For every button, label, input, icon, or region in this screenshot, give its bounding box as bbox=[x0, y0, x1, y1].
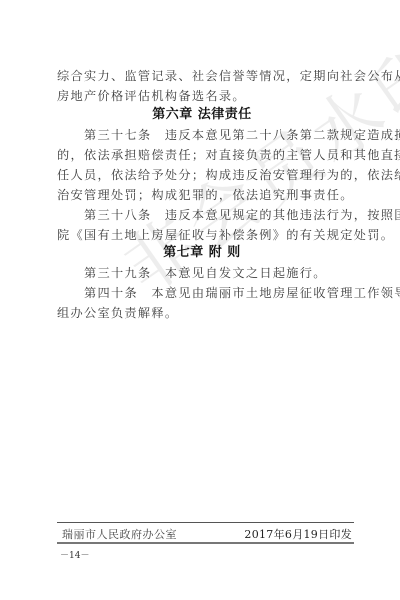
issue-date: 2017年6月19日印发 bbox=[244, 526, 352, 542]
footer-top-rule bbox=[57, 522, 354, 523]
chapter-heading-6: 第六章 法律责任 bbox=[57, 107, 347, 123]
article-37-line: 任人员，依法给予处分；构成违反治安管理行为的，依法给予 bbox=[57, 167, 400, 183]
article-37-line: 治安管理处罚；构成犯罪的，依法追究刑事责任。 bbox=[57, 187, 354, 203]
article-40-line: 组办公室负责解释。 bbox=[57, 305, 178, 321]
paragraph-line: 房地产价格评估机构备选名录。 bbox=[57, 88, 246, 104]
article-37-line: 第三十七条 违反本意见第二十八条第二款规定造成损失 bbox=[57, 127, 400, 143]
document-page: 非会员水印 综合实力、监管记录、社会信誉等情况，定期向社会公布从事 房地产价格评… bbox=[0, 0, 400, 600]
chapter-heading-7: 第七章 附 则 bbox=[57, 245, 347, 261]
page-number: －14－ bbox=[60, 548, 89, 561]
issuer-name: 瑞丽市人民政府办公室 bbox=[62, 526, 177, 542]
article-37-line: 的，依法承担赔偿责任；对直接负责的主管人员和其他直接责 bbox=[57, 147, 400, 163]
article-40-line: 第四十条 本意见由瑞丽市土地房屋征收管理工作领导小 bbox=[57, 285, 400, 301]
footer-bottom-rule bbox=[57, 542, 354, 544]
article-38-line: 院《国有土地上房屋征收与补偿条例》的有关规定处罚。 bbox=[57, 227, 394, 243]
article-39-line: 第三十九条 本意见自发文之日起施行。 bbox=[57, 265, 327, 281]
article-38-line: 第三十八条 违反本意见规定的其他违法行为，按照国务 bbox=[57, 207, 400, 223]
paragraph-line: 综合实力、监管记录、社会信誉等情况，定期向社会公布从事 bbox=[57, 68, 400, 84]
